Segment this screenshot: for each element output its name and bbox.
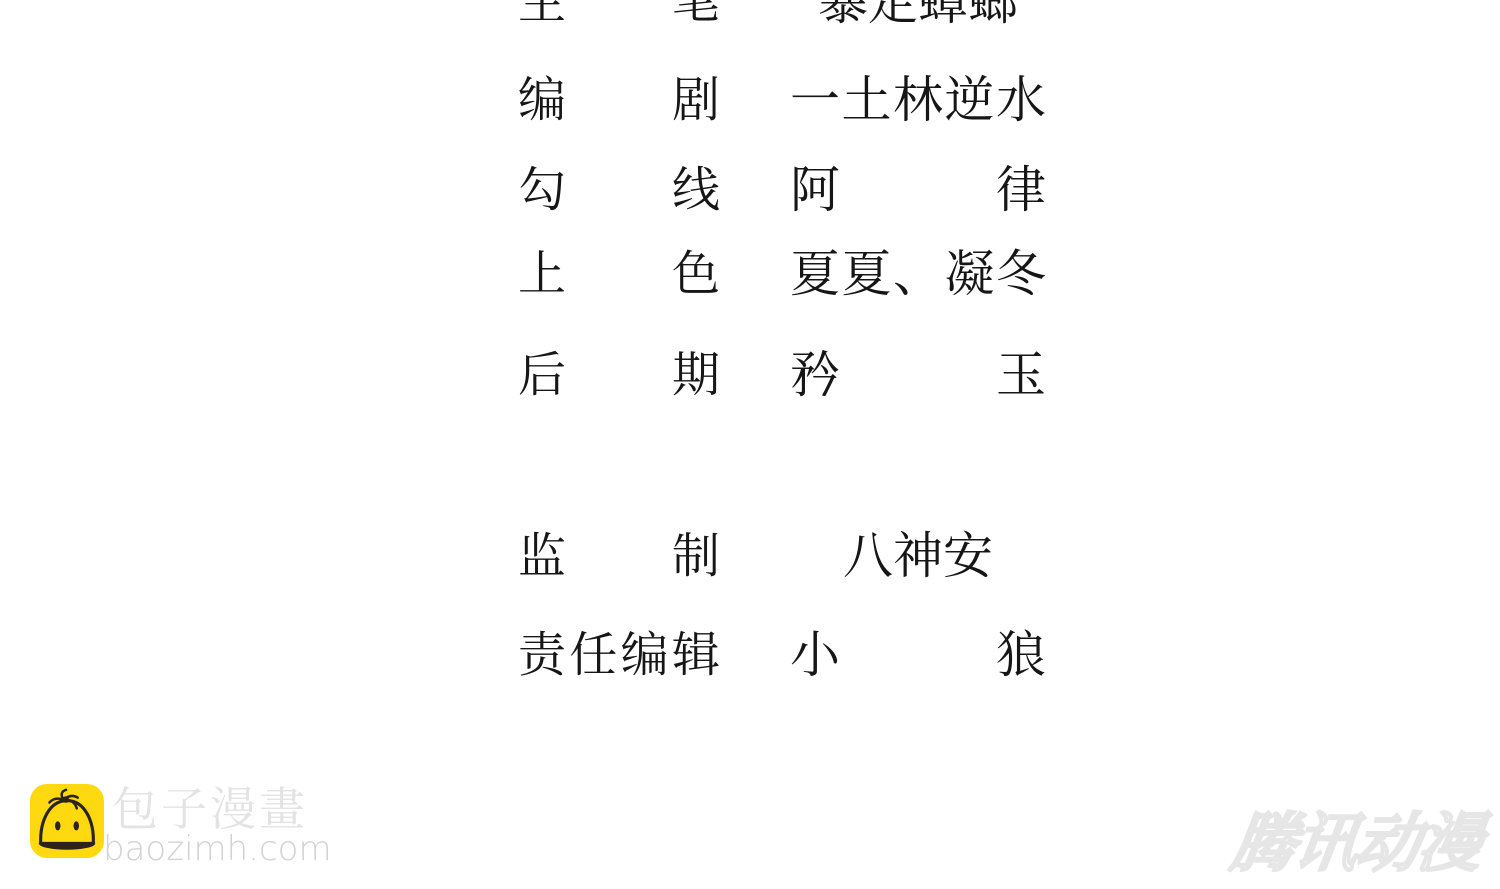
credit-row: 责任编辑 小狼 xyxy=(0,627,1500,683)
credit-row: 主笔 暴走蟑螂 xyxy=(0,0,1500,30)
credit-name: 夏夏、凝冬 xyxy=(790,246,1046,302)
credit-row: 监制 八神安 xyxy=(0,528,1500,584)
credit-row: 后期 矜玉 xyxy=(0,347,1500,403)
comic-credits-page: 主笔 暴走蟑螂 编剧 一土林逆水 勾线 阿律 上色 夏夏、凝冬 后期 矜玉 监制… xyxy=(0,0,1500,889)
credit-row: 上色 夏夏、凝冬 xyxy=(0,246,1500,302)
credit-name: 暴走蟑螂 xyxy=(790,0,1046,30)
tencent-comics-watermark: 腾讯动漫 xyxy=(1227,809,1485,879)
credit-name: 八神安 xyxy=(790,528,1046,584)
credit-name: 小狼 xyxy=(790,627,1046,683)
site-domain: baozimh.com xyxy=(103,831,332,867)
credit-name: 阿律 xyxy=(790,162,1046,218)
site-logo xyxy=(30,784,104,858)
site-title: 包子漫畫 xyxy=(112,784,308,834)
credit-row: 编剧 一土林逆水 xyxy=(0,72,1500,128)
credit-role-label: 主笔 xyxy=(518,0,720,30)
credit-role-label: 上色 xyxy=(518,246,720,302)
credit-name: 一土林逆水 xyxy=(790,72,1046,128)
credit-row: 勾线 阿律 xyxy=(0,162,1500,218)
credit-role-label: 监制 xyxy=(518,528,720,584)
credit-role-label: 编剧 xyxy=(518,72,720,128)
credit-role-label: 后期 xyxy=(518,347,720,403)
credit-role-label: 责任编辑 xyxy=(518,627,720,683)
credit-role-label: 勾线 xyxy=(518,162,720,218)
credit-name: 矜玉 xyxy=(790,347,1046,403)
